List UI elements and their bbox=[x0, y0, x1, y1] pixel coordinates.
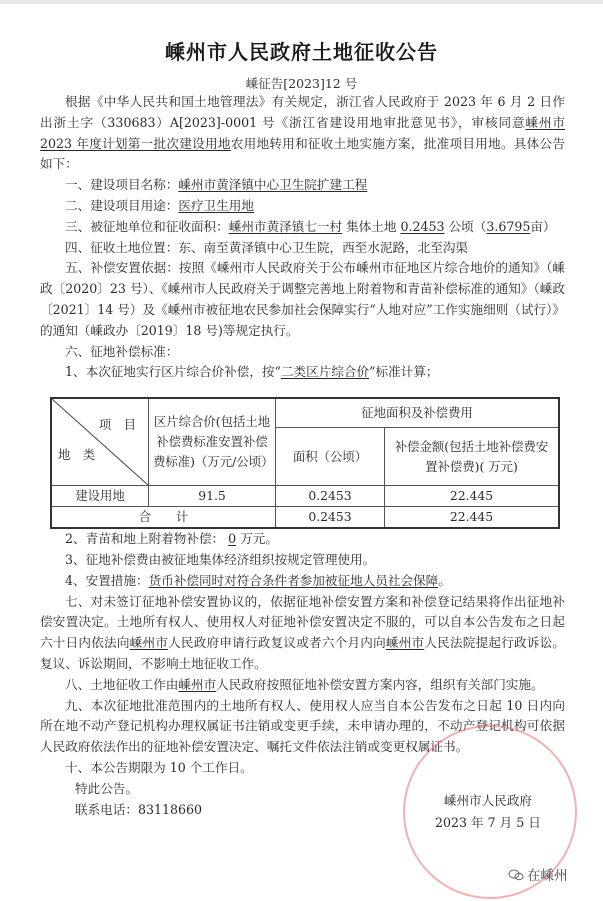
watermark: 在嵊州 bbox=[508, 864, 568, 884]
item-standard-1: 1、本次征地实行区片综合价补偿，按“二类区片综合价”标准计算； bbox=[40, 362, 565, 383]
item-project-use: 二、建设项目用途：医疗卫生用地 bbox=[40, 196, 565, 217]
item-eight: 八、土地征收工作由嵊州市人民政府按照征地补偿安置方案内容，组织有关部门实施。 bbox=[40, 675, 565, 696]
item-seven: 七、对未签订征地补偿安置协议的，依据征地补偿安置方案和补偿登记结果将作出征地补偿… bbox=[40, 592, 565, 675]
wechat-icon bbox=[508, 869, 524, 881]
item-land-area: 三、被征地单位和征收面积：嵊州市黄泽镇七一村 集体土地 0.2453 公顷（3.… bbox=[40, 217, 565, 238]
signature-block: 嵊州市人民政府 2023 年 7 月 5 日 bbox=[435, 790, 541, 834]
signing-date: 2023 年 7 月 5 日 bbox=[435, 812, 541, 834]
item-standard-4: 4、安置措施：货币补偿同时对符合条件者参加被征地人员社会保障。 bbox=[40, 571, 565, 592]
intro-paragraph: 根据《中华人民共和国土地管理法》有关规定，浙江省人民政府于 2023 年 6 月… bbox=[40, 92, 565, 175]
header-area: 面积（公顷） bbox=[276, 428, 385, 486]
diagonal-header-cell: 项 目 地 类 bbox=[51, 398, 149, 486]
item-location: 四、征收土地位置：东、南至黄泽镇中心卫生院，西至水泥路，北至沟渠 bbox=[40, 238, 565, 259]
page-title: 嵊州市人民政府土地征收公告 bbox=[0, 36, 603, 65]
total-row: 合 计 0.2453 22.445 bbox=[51, 507, 559, 529]
signing-organization: 嵊州市人民政府 bbox=[435, 790, 541, 812]
item-standard: 六、征地补偿标准： bbox=[40, 342, 565, 363]
item-standard-3: 3、征地补偿费由被征地集体经济组织按规定管理使用。 bbox=[40, 550, 565, 571]
compensation-table: 项 目 地 类 区片综合价(包括土地补偿费标准安置补偿费标准)（万元/公顷） 征… bbox=[50, 397, 560, 529]
top-edge bbox=[0, 0, 603, 4]
document-number: 嵊征告[2023]12 号 bbox=[0, 74, 603, 92]
header-group: 征地面积及补偿费用 bbox=[276, 398, 560, 428]
item-standard-2: 2、青苗和地上附着物补偿： 0 万元。 bbox=[40, 529, 565, 550]
header-amount: 补偿金额(包括土地补偿费安置补偿费)( 万元) bbox=[385, 428, 560, 486]
table-row: 建设用地 91.5 0.2453 22.445 bbox=[51, 486, 559, 507]
document-body: 根据《中华人民共和国土地管理法》有关规定，浙江省人民政府于 2023 年 6 月… bbox=[40, 92, 565, 820]
diagonal-line-icon bbox=[52, 399, 148, 485]
header-price: 区片综合价(包括土地补偿费标准安置补偿费标准)（万元/公顷） bbox=[149, 398, 276, 486]
item-basis: 五、补偿安置依据：按照《嵊州市人民政府关于公布嵊州市征地区片综合地价的通知》（嵊… bbox=[40, 258, 565, 341]
item-project-name: 一、建设项目名称：嵊州市黄泽镇中心卫生院扩建工程 bbox=[40, 175, 565, 196]
